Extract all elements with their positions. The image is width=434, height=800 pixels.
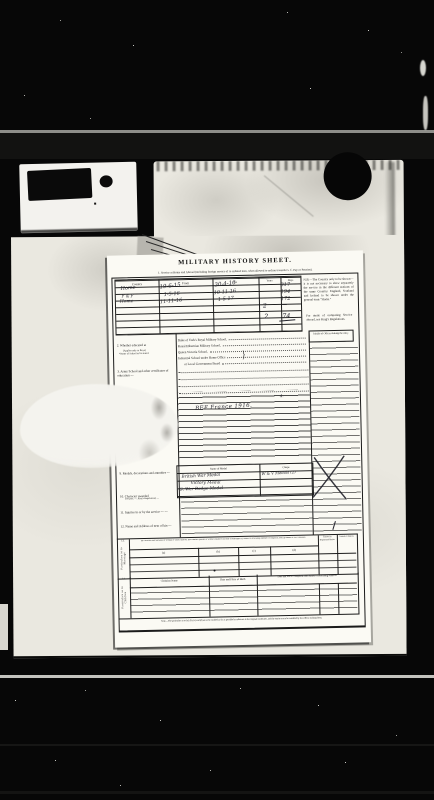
marriage-right-header-1: Entered in Regimental Books.: [319, 536, 336, 542]
marriage-col-b: (b): [198, 549, 238, 554]
medal-name-header: Name of Medal: [177, 466, 259, 471]
initials-officer-box: Initials of Officer making the entry.: [309, 330, 354, 343]
marriage-row-line: [129, 560, 356, 566]
hw-sub-days: —: [282, 302, 287, 308]
paper-sliver: [0, 604, 8, 650]
hw-sub-years: 2: [263, 302, 267, 309]
children-col-birth: Date and Place of Birth: [209, 578, 257, 582]
hw-stray-mark: 4.: [280, 393, 284, 398]
hw-country-3: Home: [120, 299, 134, 304]
microfilm-frame: MILITARY HISTORY SHEET. 1. Service at Ho…: [0, 0, 434, 800]
service-table: Country From To Years Days: [114, 276, 302, 336]
right-column-rules: [310, 341, 362, 532]
index-card: [19, 162, 138, 234]
children-table: 14. Particulars as to Children Christian…: [118, 573, 360, 620]
children-col-baptism: Date and Place of Baptism, and Names of …: [257, 574, 358, 579]
hw-country-2: F & F: [122, 293, 134, 298]
hw-medal-2: Victory Medal: [191, 479, 221, 485]
school-name: Queen Victoria School,: [178, 350, 208, 355]
marriage-col-c: (c): [238, 548, 270, 553]
hw-total-days: 74: [282, 311, 290, 319]
marriage-ink-dot: [214, 570, 216, 572]
marriage-right-header-2: Initials of Officer.: [338, 536, 356, 539]
punch-notch: [323, 152, 371, 200]
col-years: Years: [258, 279, 280, 282]
hw-days-1: 317: [281, 281, 291, 287]
section2-label-text: 2. Whether educated at: [117, 342, 174, 347]
card-punch-hole: [100, 175, 113, 187]
section3-label: 3. Army School and other certificates of…: [117, 368, 174, 378]
marriage-vertical-label: Particulars as to Marriage: [120, 542, 127, 574]
children-rules: [130, 583, 358, 618]
marriage-col-d: (d): [270, 547, 318, 552]
nb-note: N.B.—The Country only to be shown—it is …: [303, 277, 353, 302]
section2-label: 2. Whether educated at (Applies only to …: [117, 342, 174, 355]
sections10-12-rules: [181, 493, 313, 536]
nb-note-2: For mode of computing Service abroad, se…: [306, 313, 352, 322]
children-col-name: Christian Name: [130, 579, 209, 584]
bottom-separator-line: [0, 675, 434, 678]
marriage-side-label: 13. Particulars as to Marriage: [117, 539, 131, 578]
medal-clasps-header: Clasps: [259, 465, 312, 469]
marriage-right-divider: [337, 535, 339, 574]
children-vertical-label: Particulars as to Children: [121, 580, 128, 614]
bottom-band: [0, 744, 434, 746]
hw-days-3: 172: [281, 295, 291, 301]
sections4-8-rules: [178, 390, 311, 460]
hw-total-years: 2: [264, 312, 268, 320]
section10-label: 10. Character awarded (see para. —, King…: [120, 493, 177, 501]
card-ink-speck: [94, 203, 96, 205]
school-brace: }: [242, 349, 246, 361]
marriage-row-line: [130, 567, 357, 573]
hw-days-2: 194: [281, 289, 291, 295]
bottom-band: [0, 791, 434, 794]
ink-cross-mark: [307, 453, 354, 504]
card-black-tab: [27, 168, 92, 201]
marriage-col-a: (a): [129, 550, 198, 555]
form-title: MILITARY HISTORY SHEET.: [107, 255, 363, 267]
